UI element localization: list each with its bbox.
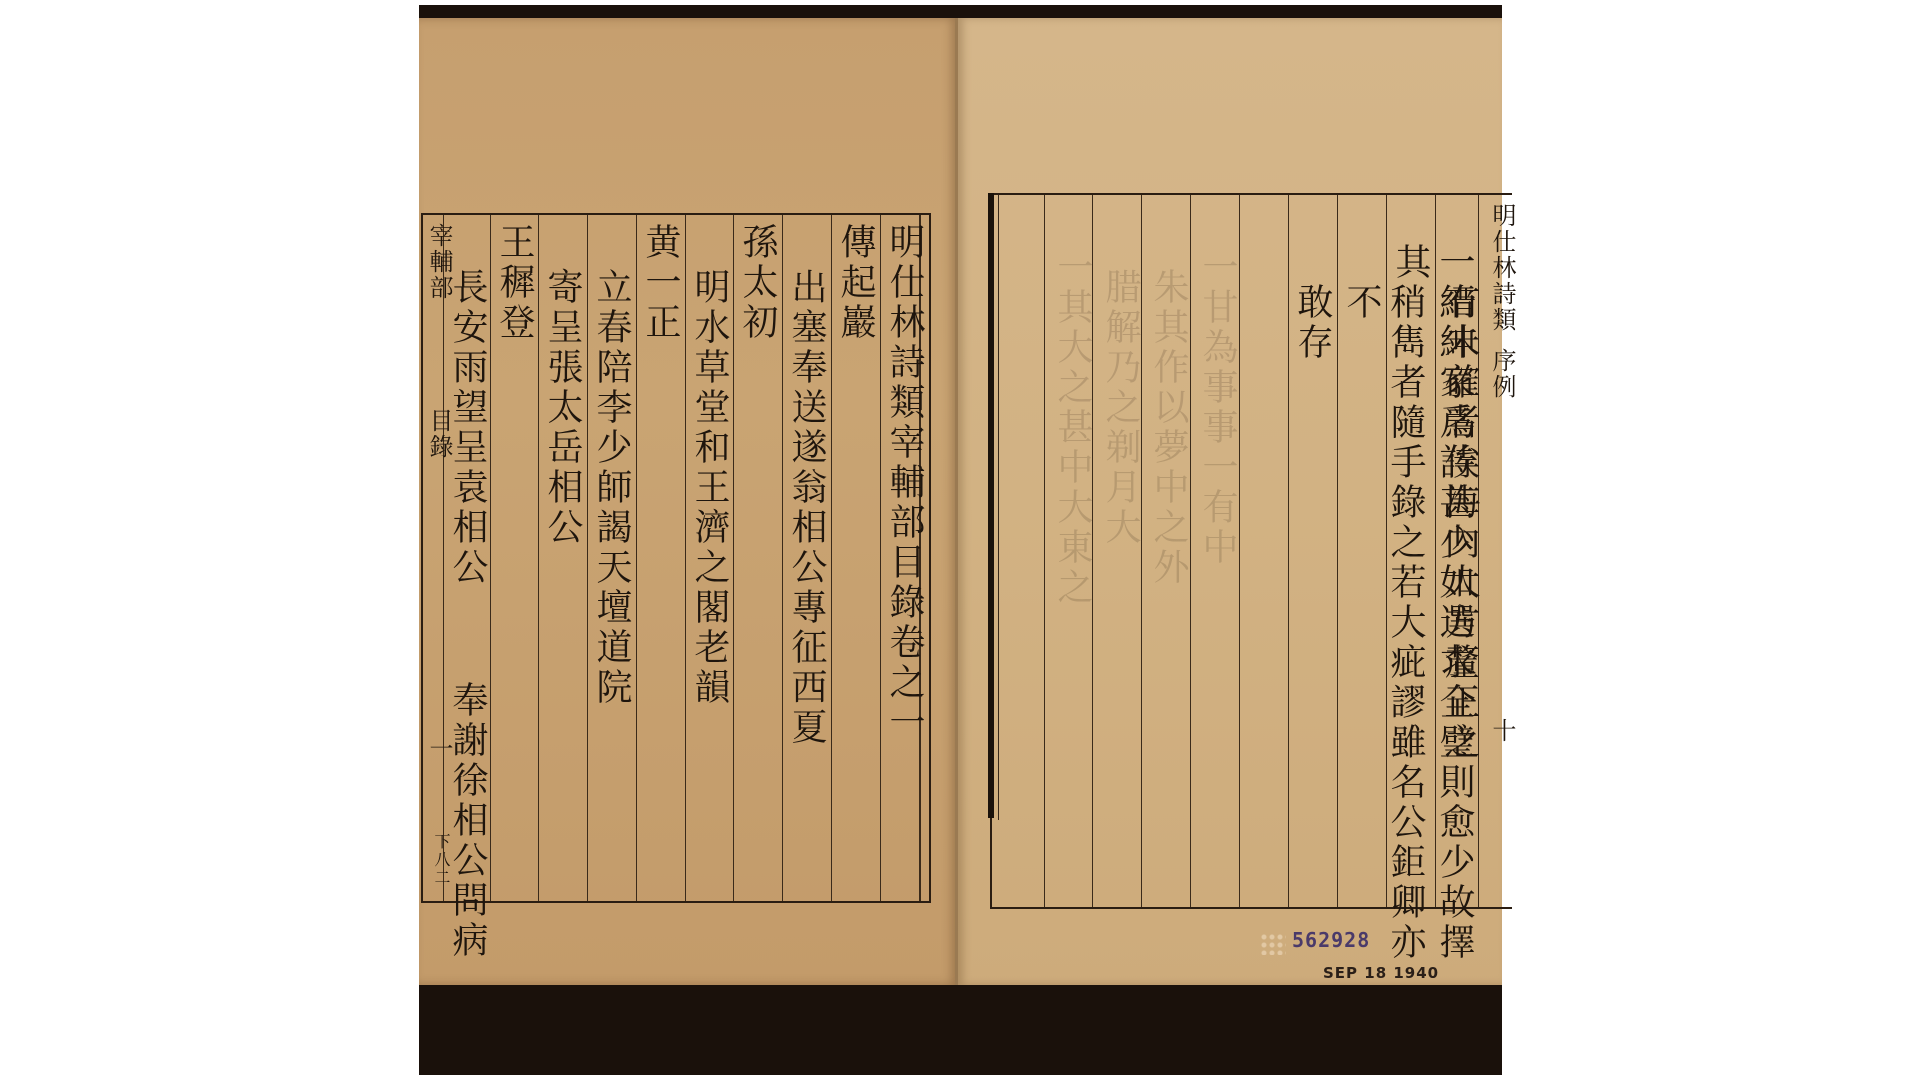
author-name: 黄一正 [638,223,682,343]
bleed-through-text: 腊解乃之剃月大 [1098,268,1142,548]
margin-section: 序例 [1480,348,1524,400]
preface-text: 稍雋者隨手錄之若大疵謬雖名公鉅卿亦不 [1339,283,1427,985]
column-divider [831,215,832,901]
right-page: 一其大之甚中大東之 腊解乃之剃月大 朱其作以夢中之外 一甘為事事一有中 有未確者… [958,18,1502,985]
margin-bottom-note: 下八二 [419,833,463,887]
margin-page-number: 一 [417,736,461,762]
accession-number-stamp: 562928 [1292,928,1370,952]
bleed-through-text: 一其大之甚中大東之 [1050,248,1094,608]
poem-title: 奉謝徐相公問病 [445,681,489,961]
column-divider [1337,195,1338,907]
margin-label: 目錄 [417,408,461,460]
column-divider [636,215,637,901]
column-divider [733,215,734,901]
book-scan: 明仕林詩類宰輔部目錄卷之一 傳起巖 出塞奉送遂翁相公專征西夏 孫太初 明水草堂和… [419,5,1502,1075]
margin-section: 宰輔部 [417,223,461,301]
bleed-through-text: 朱其作以夢中之外 [1146,268,1190,588]
frame-thick-edge [988,193,994,818]
margin-page-number: 十 [1480,718,1524,744]
column-divider [1239,195,1240,907]
author-name: 傳起巖 [833,223,877,343]
column-divider [1288,195,1289,907]
column-divider [1190,195,1191,907]
margin-book-title: 明仕林詩類 [1480,203,1524,333]
embossed-seal [1260,933,1286,955]
poem-title: 寄呈張太岳相公 [540,268,584,548]
column-divider [998,195,999,820]
toc-title: 明仕林詩類宰輔部目錄卷之一 [882,223,926,743]
column-divider [782,215,783,901]
date-stamp: SEP 18 1940 [1323,964,1439,982]
poem-title: 出塞奉送遂翁相公專征西夏 [784,268,828,748]
author-name: 王穉登 [492,223,536,343]
poem-title: 立春陪李少師謁天壇道院 [589,268,633,708]
column-divider [490,215,491,901]
column-divider [685,215,686,901]
poem-title: 明水草堂和王濟之閣老韻 [687,268,731,708]
column-divider [1044,195,1045,907]
column-divider [587,215,588,901]
column-divider [443,215,444,901]
column-divider [538,215,539,901]
column-divider [880,215,881,901]
preface-text: 敢存 [1290,283,1334,363]
left-page: 明仕林詩類宰輔部目錄卷之一 傳起巖 出塞奉送遂翁相公專征西夏 孫太初 明水草堂和… [419,18,958,985]
author-name: 孫太初 [735,223,779,343]
bleed-through-text: 一甘為事事一有中 [1195,248,1239,568]
